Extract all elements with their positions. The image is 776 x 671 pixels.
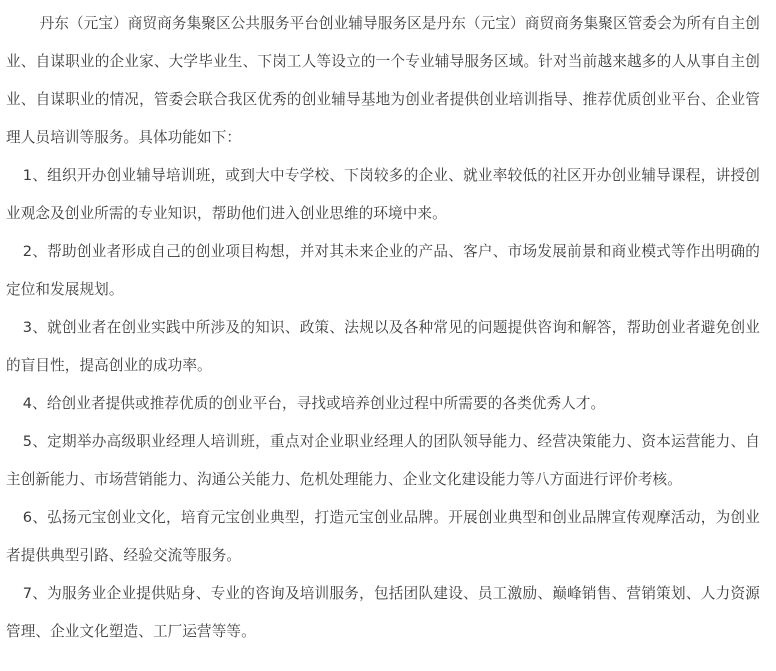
document-body: 丹东（元宝）商贸商务集聚区公共服务平台创业辅导服务区是丹东（元宝）商贸商务集聚区… (0, 5, 776, 651)
function-item-5: 5、定期举办高级职业经理人培训班，重点对企业职业经理人的团队领导能力、经营决策能… (6, 423, 760, 499)
function-item-4: 4、给创业者提供或推荐优质的创业平台，寻找或培养创业过程中所需要的各类优秀人才。 (6, 385, 760, 423)
function-item-1: 1、组织开办创业辅导培训班，或到大中专学校、下岗较多的企业、就业率较低的社区开办… (6, 157, 760, 233)
intro-paragraph: 丹东（元宝）商贸商务集聚区公共服务平台创业辅导服务区是丹东（元宝）商贸商务集聚区… (6, 5, 760, 157)
function-item-7: 7、为服务业企业提供贴身、专业的咨询及培训服务，包括团队建设、员工激励、巅峰销售… (6, 575, 760, 651)
function-item-3: 3、就创业者在创业实践中所涉及的知识、政策、法规以及各种常见的问题提供咨询和解答… (6, 309, 760, 385)
function-item-2: 2、帮助创业者形成自己的创业项目构想，并对其未来企业的产品、客户、市场发展前景和… (6, 233, 760, 309)
function-item-6: 6、弘扬元宝创业文化，培育元宝创业典型，打造元宝创业品牌。开展创业典型和创业品牌… (6, 499, 760, 575)
